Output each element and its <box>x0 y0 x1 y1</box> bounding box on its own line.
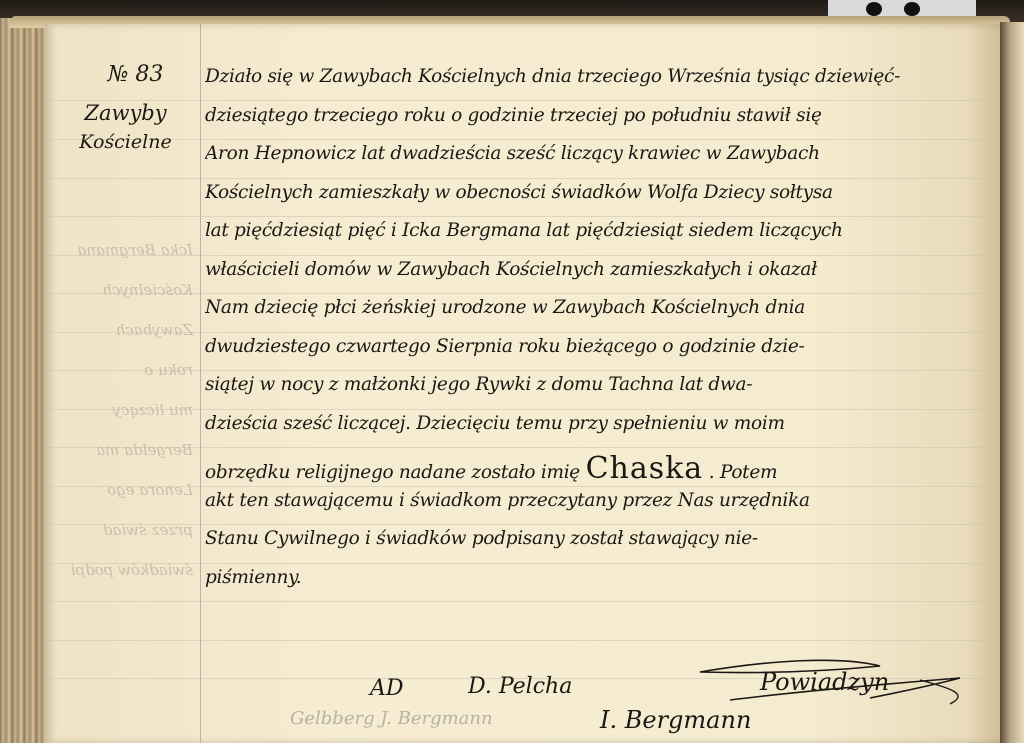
signature-official: Powiadzyn <box>760 668 889 696</box>
signature-witness-2: I. Bergmann <box>600 706 751 734</box>
ghost-line: Icka Bergmana <box>58 230 193 270</box>
bleed-through-signatures: Gelbberg J. Bergmann <box>290 708 493 729</box>
given-name: Chaska <box>586 451 704 486</box>
ghost-line: roku o <box>58 350 193 390</box>
record-body: Działo się w Zawybach Kościelnych dnia t… <box>205 66 1000 605</box>
record-line-name: obrzędku religijnego nadane zostało imię… <box>205 451 1000 490</box>
record-line: dziesiątego trzeciego roku o godzinie tr… <box>205 105 1000 144</box>
ghost-line: Kościelnych <box>58 270 193 310</box>
record-line: Aron Hepnowicz lat dwadzieścia sześć lic… <box>205 143 1000 182</box>
record-line-suffix: . Potem <box>709 462 777 483</box>
entry-number: № 83 <box>78 62 193 87</box>
record-line: lat pięćdziesiąt pięć i Icka Bergmana la… <box>205 220 1000 259</box>
margin-rule <box>200 24 201 743</box>
ghost-line: świadków podpi <box>58 550 193 590</box>
ghost-line: mu liczący <box>58 390 193 430</box>
ghost-line: Zawybach <box>58 310 193 350</box>
record-line-text: piśmienny. <box>205 567 301 588</box>
record-line-last: piśmienny. <box>205 567 1000 606</box>
margin-note: № 83 Zawyby Kościelne <box>58 62 193 153</box>
village-name: Zawyby <box>58 101 193 125</box>
record-line: Nam dziecię płci żeńskiej urodzone w Zaw… <box>205 297 1000 336</box>
record-line: Działo się w Zawybach Kościelnych dnia t… <box>205 66 1000 105</box>
registrar-initials: AD <box>370 676 404 701</box>
book-gutter <box>1000 22 1024 743</box>
record-line: Stanu Cywilnego i świadków podpisany zos… <box>205 528 1000 567</box>
ghost-line: przez świad <box>58 510 193 550</box>
record-line: Kościelnych zamieszkały w obecności świa… <box>205 182 1000 221</box>
ghost-line: Lenora ego <box>58 470 193 510</box>
clip-hole-icon <box>904 2 920 16</box>
record-line: siątej w nocy z małżonki jego Rywki z do… <box>205 374 1000 413</box>
record-line: dzieścia sześć liczącej. Dziecięciu temu… <box>205 413 1000 452</box>
book-page-edges <box>0 18 50 743</box>
ghost-line: Bergelda ma <box>58 430 193 470</box>
village-name-2: Kościelne <box>58 131 193 153</box>
record-line: dwudziestego czwartego Sierpnia roku bie… <box>205 336 1000 375</box>
signature-witness-1: D. Pelcha <box>468 674 572 699</box>
record-line: akt ten stawającemu i świadkom przeczyta… <box>205 490 1000 529</box>
record-line-text: obrzędku religijnego nadane zostało imię <box>205 462 580 483</box>
record-line: właścicieli domów w Zawybach Kościelnych… <box>205 259 1000 298</box>
clip-hole-icon <box>866 2 882 16</box>
bleed-through-text: Icka Bergmana Kościelnych Zawybach roku … <box>58 230 193 590</box>
ruled-line <box>44 640 1000 641</box>
